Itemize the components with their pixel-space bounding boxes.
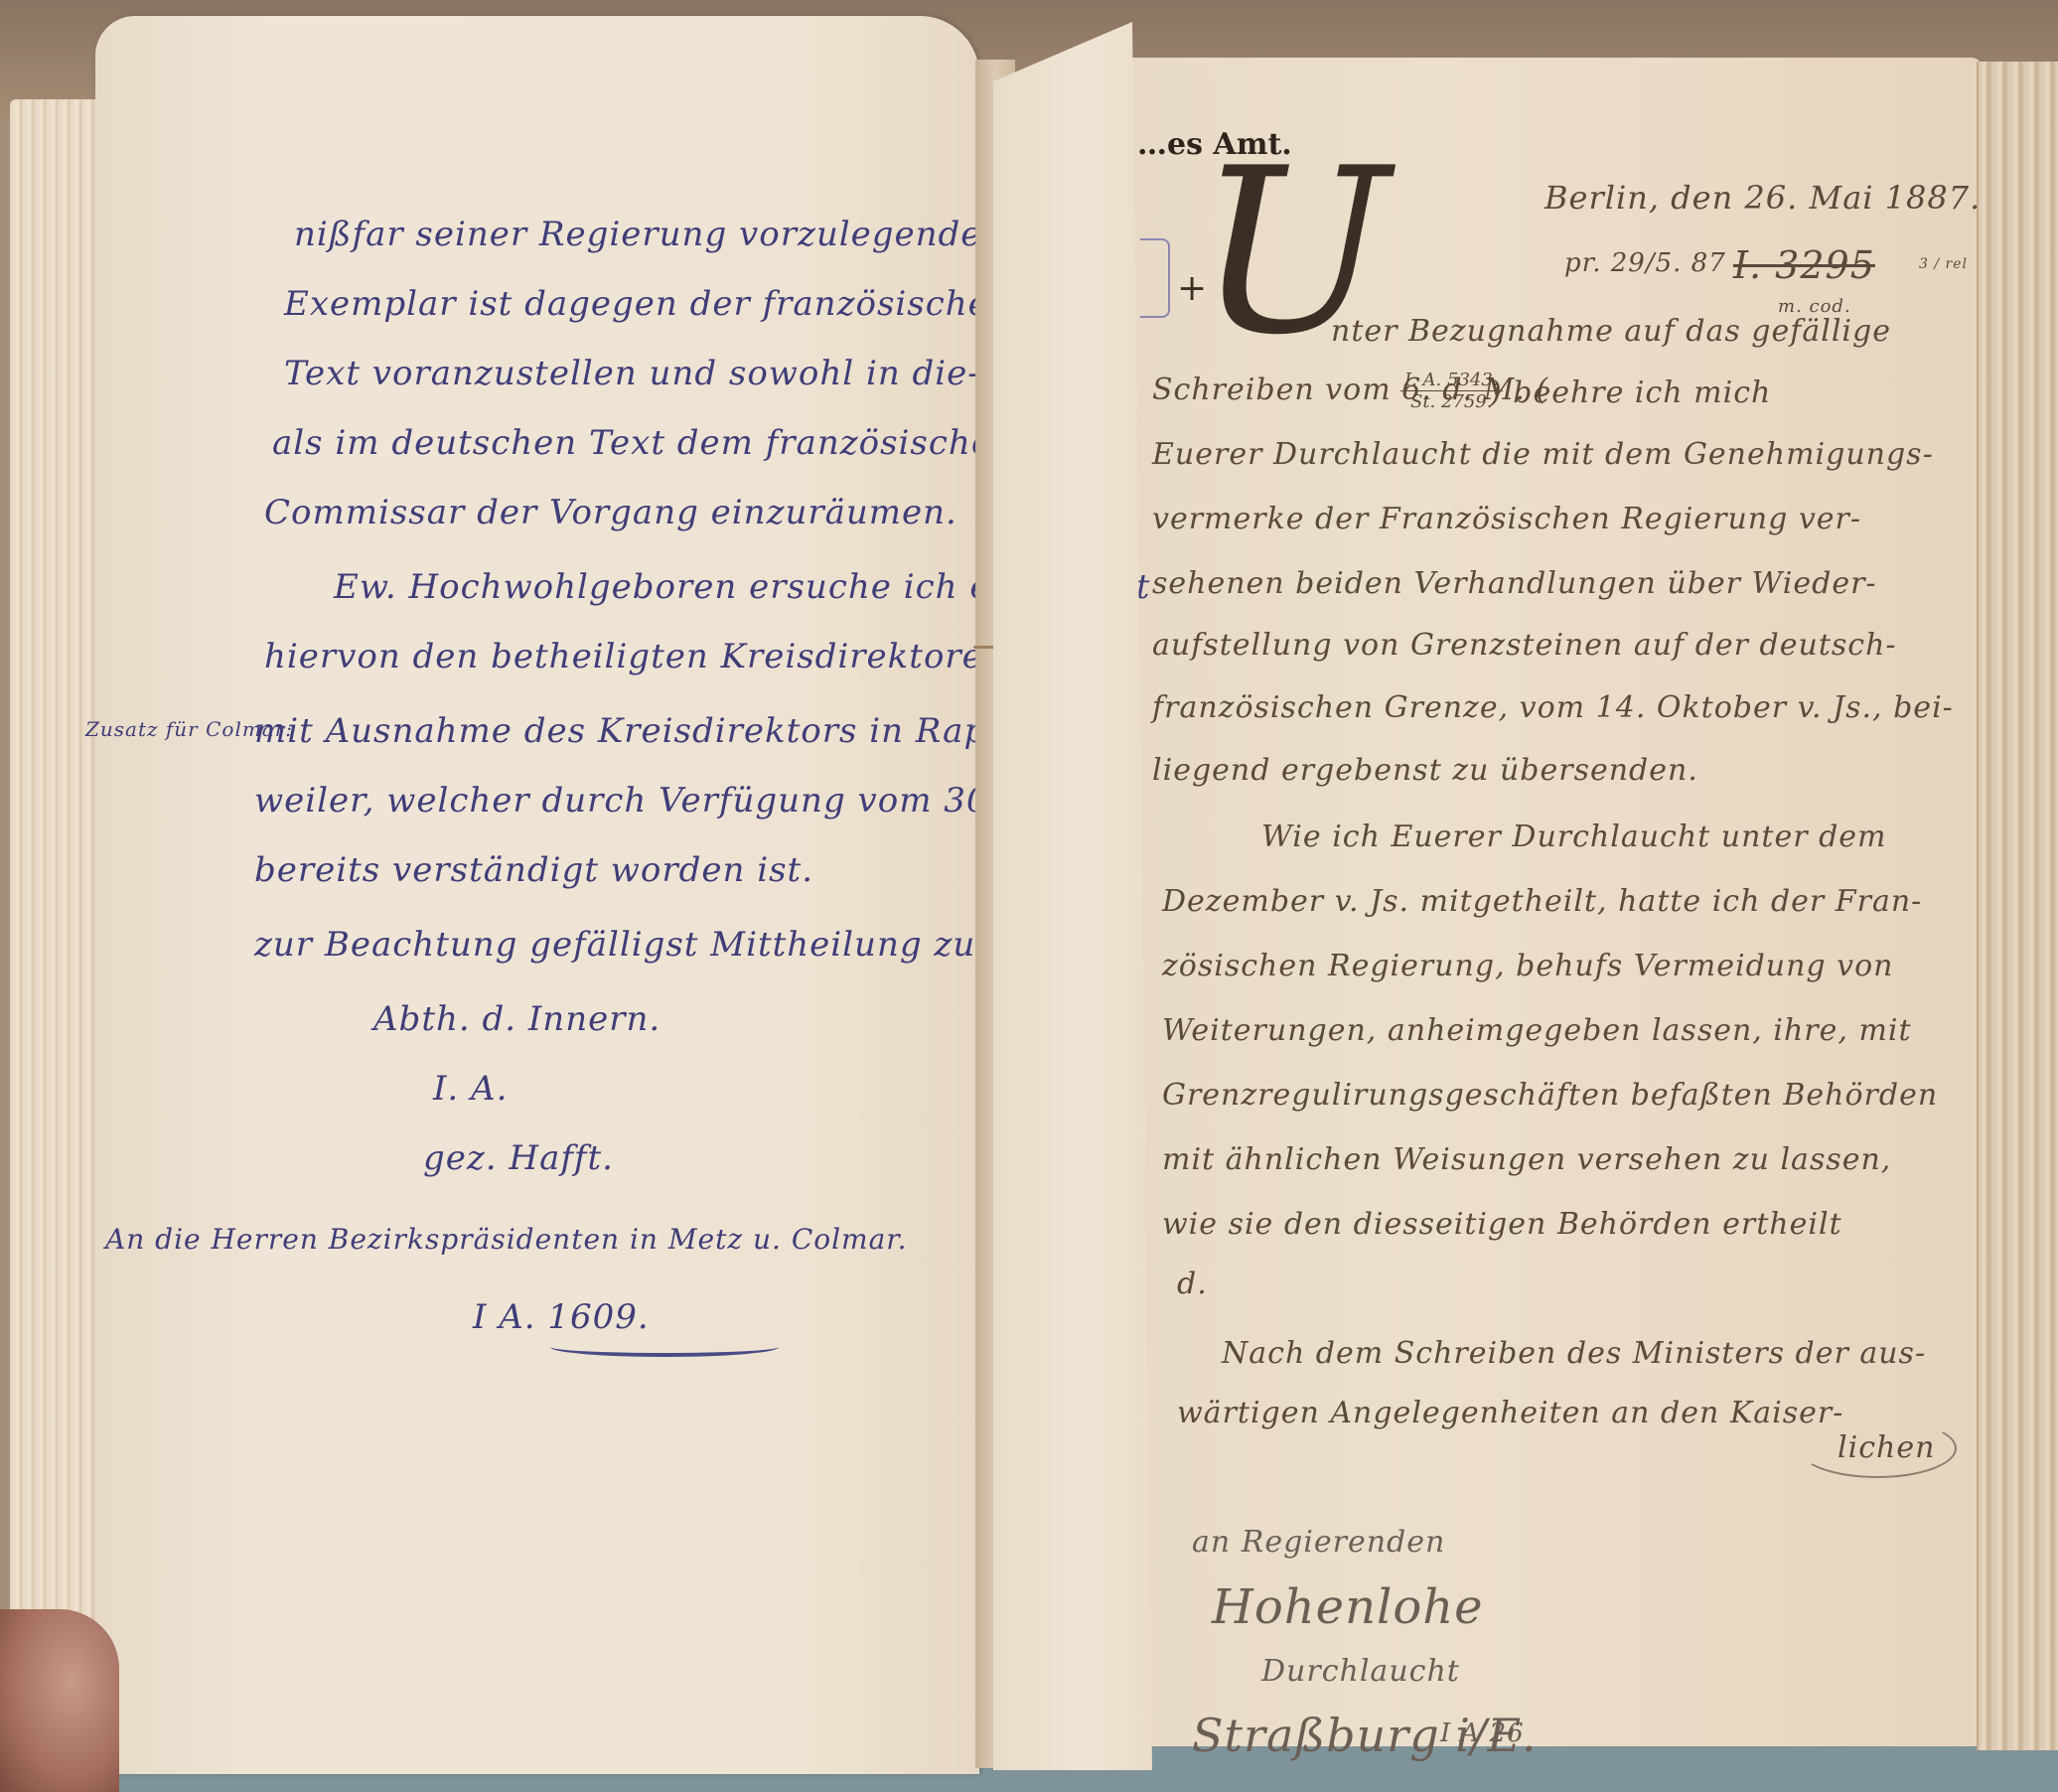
file-reference: I A. 1609. (473, 1297, 650, 1337)
left-line-8: mit Ausnahme des Kreisdirektors in Rappo… (254, 711, 1088, 751)
left-line-10: bereits verständigt worden ist. (254, 850, 813, 890)
receipt-note: pr. 29/5. 87 (1564, 248, 1726, 278)
left-line-9: weiler, welcher durch Verfügung vom 30 v… (254, 781, 1088, 821)
closing-title: Durchlaucht (1261, 1654, 1460, 1689)
right-line-16: d. (1177, 1267, 1208, 1301)
signature-department: Abth. d. Innern. (373, 999, 661, 1039)
right-page-stack-edges (1977, 62, 2058, 1750)
file-reference-underline (550, 1337, 779, 1357)
right-line-15: wie sie den diesseitigen Behörden erthei… (1162, 1207, 1842, 1242)
dateline: Berlin, den 26. Mai 1887. (1544, 179, 1981, 217)
left-line-5: Commissar der Vorgang einzuräumen. (264, 493, 957, 532)
right-line-14: mit ähnlichen Weisungen versehen zu lass… (1162, 1142, 1891, 1177)
holding-thumb (0, 1609, 119, 1792)
citation-fraction: I. A. 5343. St. 2759. (1400, 370, 1503, 412)
right-line-8: liegend ergebenst zu übersenden. (1152, 753, 1698, 788)
left-page[interactable]: nißfar seiner Regierung vorzulegenden Ex… (95, 16, 979, 1774)
right-line-7: französischen Grenze, vom 14. Oktober v.… (1152, 690, 1954, 725)
closing-name: Hohenlohe (1212, 1579, 1484, 1635)
left-line-4: als im deutschen Text dem französischen (272, 423, 1015, 463)
inserted-leaf[interactable] (993, 22, 1152, 1770)
left-line-3: Text voranzustellen und sowohl in die- (284, 354, 980, 393)
left-line-7: hiervon den betheiligten Kreisdirektoren… (264, 637, 1063, 676)
signature-ia: I. A. (433, 1069, 508, 1109)
right-line-9: Wie ich Euerer Durchlaucht unter dem (1261, 820, 1886, 854)
left-line-1: nißfar seiner Regierung vorzulegenden (294, 215, 1004, 254)
left-page-stack (10, 99, 99, 1738)
right-line-5: sehenen beiden Verhandlungen über Wieder… (1152, 566, 1877, 601)
pencil-note: I A 26 (1440, 1718, 1525, 1748)
right-line-17: Nach dem Schreiben des Ministers der aus… (1222, 1336, 1926, 1371)
addressee-line: An die Herren Bezirkspräsidenten in Metz… (105, 1223, 908, 1256)
citation-numerator: I. A. 5343. (1400, 370, 1503, 391)
right-line-4: vermerke der Französischen Regierung ver… (1152, 502, 1861, 536)
left-line-2: Exemplar ist dagegen der französische (284, 284, 989, 324)
right-line-18: wärtigen Angelegenheiten an den Kaiser- (1177, 1396, 1843, 1430)
citation-denominator: St. 2759. (1400, 391, 1503, 412)
right-line-6: aufstellung von Grenzsteinen auf der deu… (1152, 628, 1897, 663)
reference-sup: 3 / rel (1919, 256, 1968, 272)
right-line-11: zösischen Regierung, behufs Vermeidung v… (1162, 949, 1894, 983)
closing-addressee: an Regierenden (1192, 1525, 1445, 1560)
right-line-2b: ) beehre ich mich (1490, 375, 1771, 410)
right-line-1: nter Bezugnahme auf das gefällige (1331, 314, 1891, 349)
catchword-oval (1798, 1419, 1957, 1478)
stamp-mark (1140, 238, 1170, 318)
right-line-13: Grenzregulirungsgeschäften befaßten Behö… (1162, 1078, 1938, 1113)
right-line-10: Dezember v. Js. mitgetheilt, hatte ich d… (1162, 884, 1922, 919)
right-line-12: Weiterungen, anheimgegeben lassen, ihre,… (1162, 1013, 1912, 1048)
reference-number: I. 3295 (1733, 243, 1875, 287)
right-line-3: Euerer Durchlaucht die mit dem Genehmigu… (1152, 437, 1934, 472)
signature-name: gez. Hafft. (423, 1138, 614, 1178)
